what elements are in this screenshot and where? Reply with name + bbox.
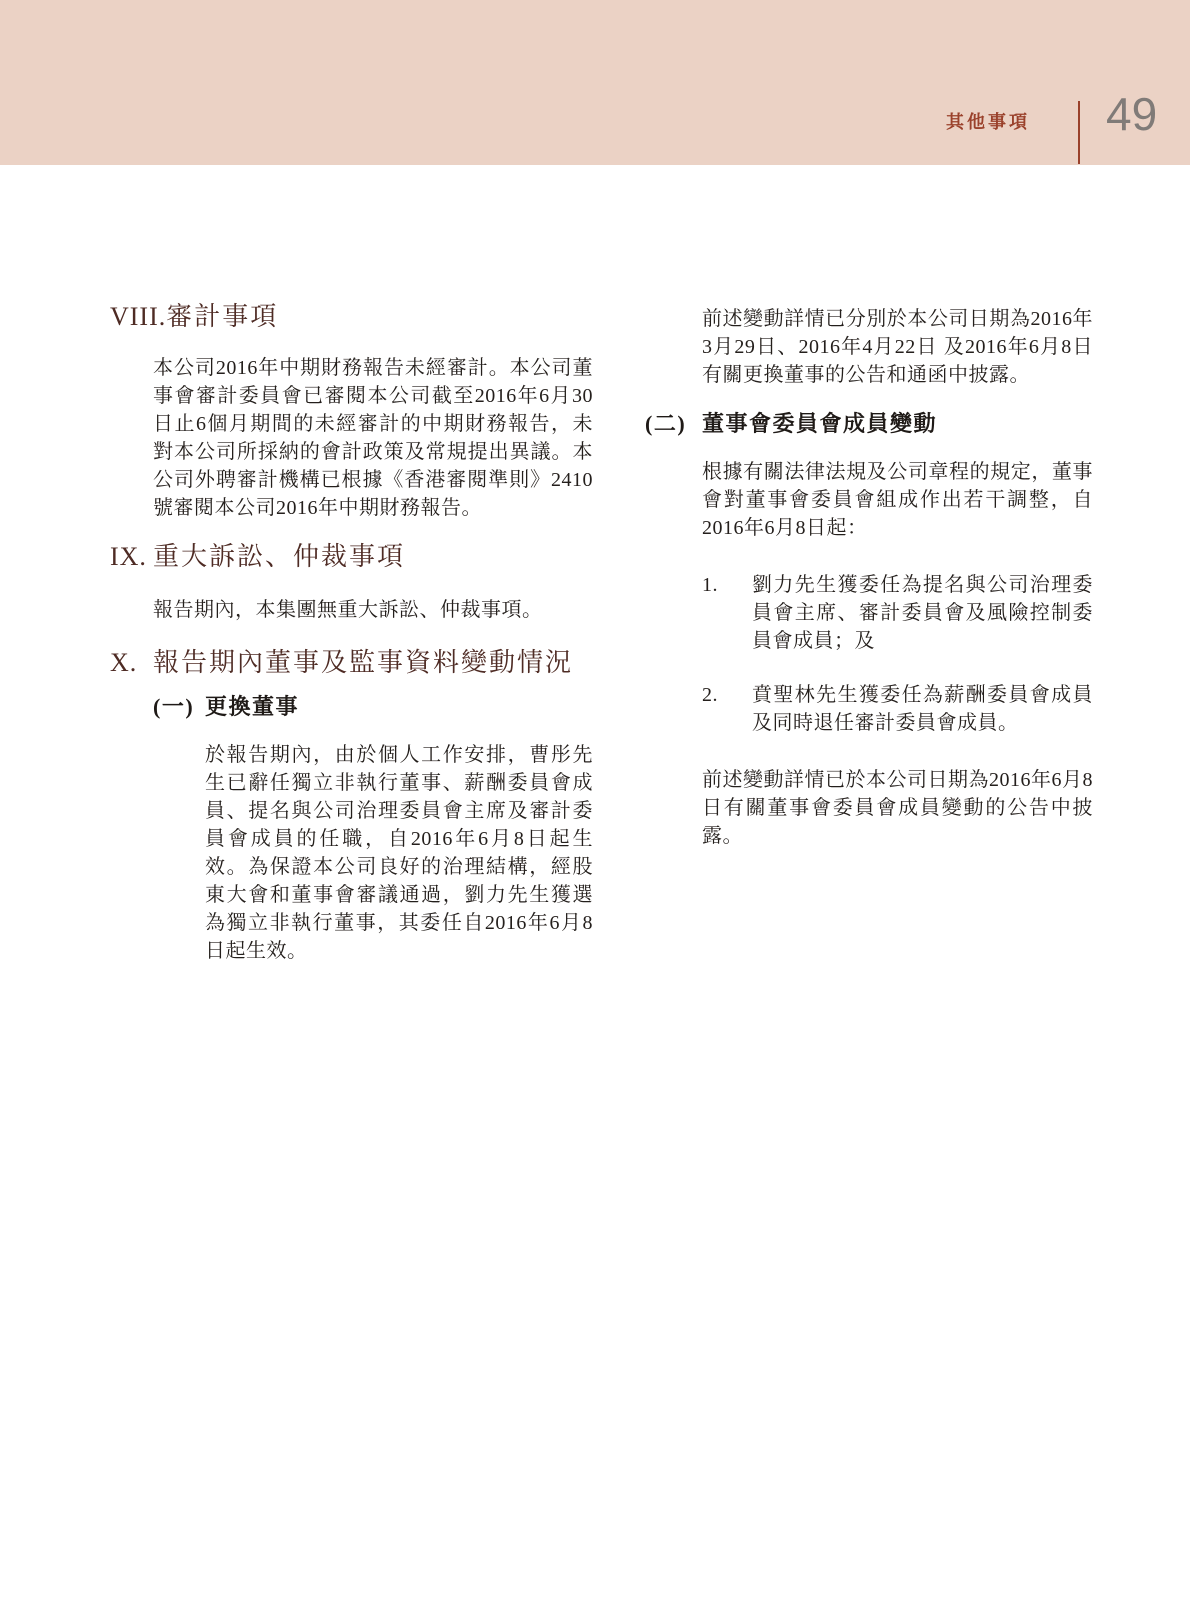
section-litigation-arbitration: IX. 重大訴訟、仲裁事項 報告期內，本集團無重大訴訟、仲裁事項。 (110, 540, 593, 624)
closing-paragraph: 前述變動詳情已於本公司日期為2016年6月8日有關董事會委員會成員變動的公告中披… (702, 766, 1093, 850)
section-heading: VIII. 審計事項 (110, 300, 593, 334)
subsection-committee-heading: (二) 董事會委員會成員變動 (645, 409, 1093, 439)
section-number: VIII. (110, 300, 166, 334)
section-heading: X. 報告期內董事及監事資料變動情況 (110, 646, 593, 680)
section-director-supervisor-changes: X. 報告期內董事及監事資料變動情況 (一) 更換董事 於報告期內，由於個人工作… (110, 646, 593, 965)
subsection-number: (一) (153, 692, 205, 722)
header-section-label: 其他事項 (946, 108, 1030, 134)
subsection-title: 董事會委員會成員變動 (702, 409, 937, 439)
subsection-title: 更換董事 (205, 692, 299, 722)
subsection-number: (二) (645, 409, 702, 439)
header-divider (1078, 101, 1080, 164)
continuation-paragraph: 前述變動詳情已分別於本公司日期為2016年3月29日、2016年4月22日 及2… (702, 305, 1093, 389)
list-item-text: 劉力先生獲委任為提名與公司治理委員會主席、審計委員會及風險控制委員會成員；及 (752, 571, 1093, 655)
subsection-committee-member-changes: (二) 董事會委員會成員變動 根據有關法律法規及公司章程的規定，董事會對董事會委… (645, 409, 1093, 850)
section-body: 報告期內，本集團無重大訴訟、仲裁事項。 (153, 596, 593, 624)
section-title: 報告期內董事及監事資料變動情況 (153, 646, 573, 680)
report-page: 其他事項 49 VIII. 審計事項 本公司2016年中期財務報告未經審計。本公… (0, 0, 1190, 1615)
list-item: 2. 賁聖林先生獲委任為薪酬委員會成員及同時退任審計委員會成員。 (702, 681, 1093, 737)
page-number: 49 (1106, 90, 1157, 138)
list-item: 1. 劉力先生獲委任為提名與公司治理委員會主席、審計委員會及風險控制委員會成員；… (702, 571, 1093, 655)
section-audit-matters: VIII. 審計事項 本公司2016年中期財務報告未經審計。本公司董事會審計委員… (110, 300, 593, 522)
section-title: 審計事項 (166, 300, 278, 334)
right-column: 前述變動詳情已分別於本公司日期為2016年3月29日、2016年4月22日 及2… (645, 305, 1093, 850)
list-item-number: 1. (702, 571, 752, 655)
subsection-body: 於報告期內，由於個人工作安排，曹彤先生已辭任獨立非執行董事、薪酬委員會成員、提名… (205, 741, 593, 965)
header-band: 其他事項 49 (0, 0, 1190, 165)
section-number: X. (110, 646, 153, 680)
list-item-number: 2. (702, 681, 752, 737)
left-column: VIII. 審計事項 本公司2016年中期財務報告未經審計。本公司董事會審計委員… (110, 300, 593, 965)
subsection-director-replacement-heading: (一) 更換董事 (153, 692, 593, 722)
section-number: IX. (110, 540, 153, 574)
section-title: 重大訴訟、仲裁事項 (153, 540, 405, 574)
section-heading: IX. 重大訴訟、仲裁事項 (110, 540, 593, 574)
list-item-text: 賁聖林先生獲委任為薪酬委員會成員及同時退任審計委員會成員。 (752, 681, 1093, 737)
intro-paragraph: 根據有關法律法規及公司章程的規定，董事會對董事會委員會組成作出若干調整，自201… (702, 458, 1093, 542)
numbered-list: 1. 劉力先生獲委任為提名與公司治理委員會主席、審計委員會及風險控制委員會成員；… (702, 571, 1093, 737)
section-body: 本公司2016年中期財務報告未經審計。本公司董事會審計委員會已審閱本公司截至20… (153, 354, 593, 522)
